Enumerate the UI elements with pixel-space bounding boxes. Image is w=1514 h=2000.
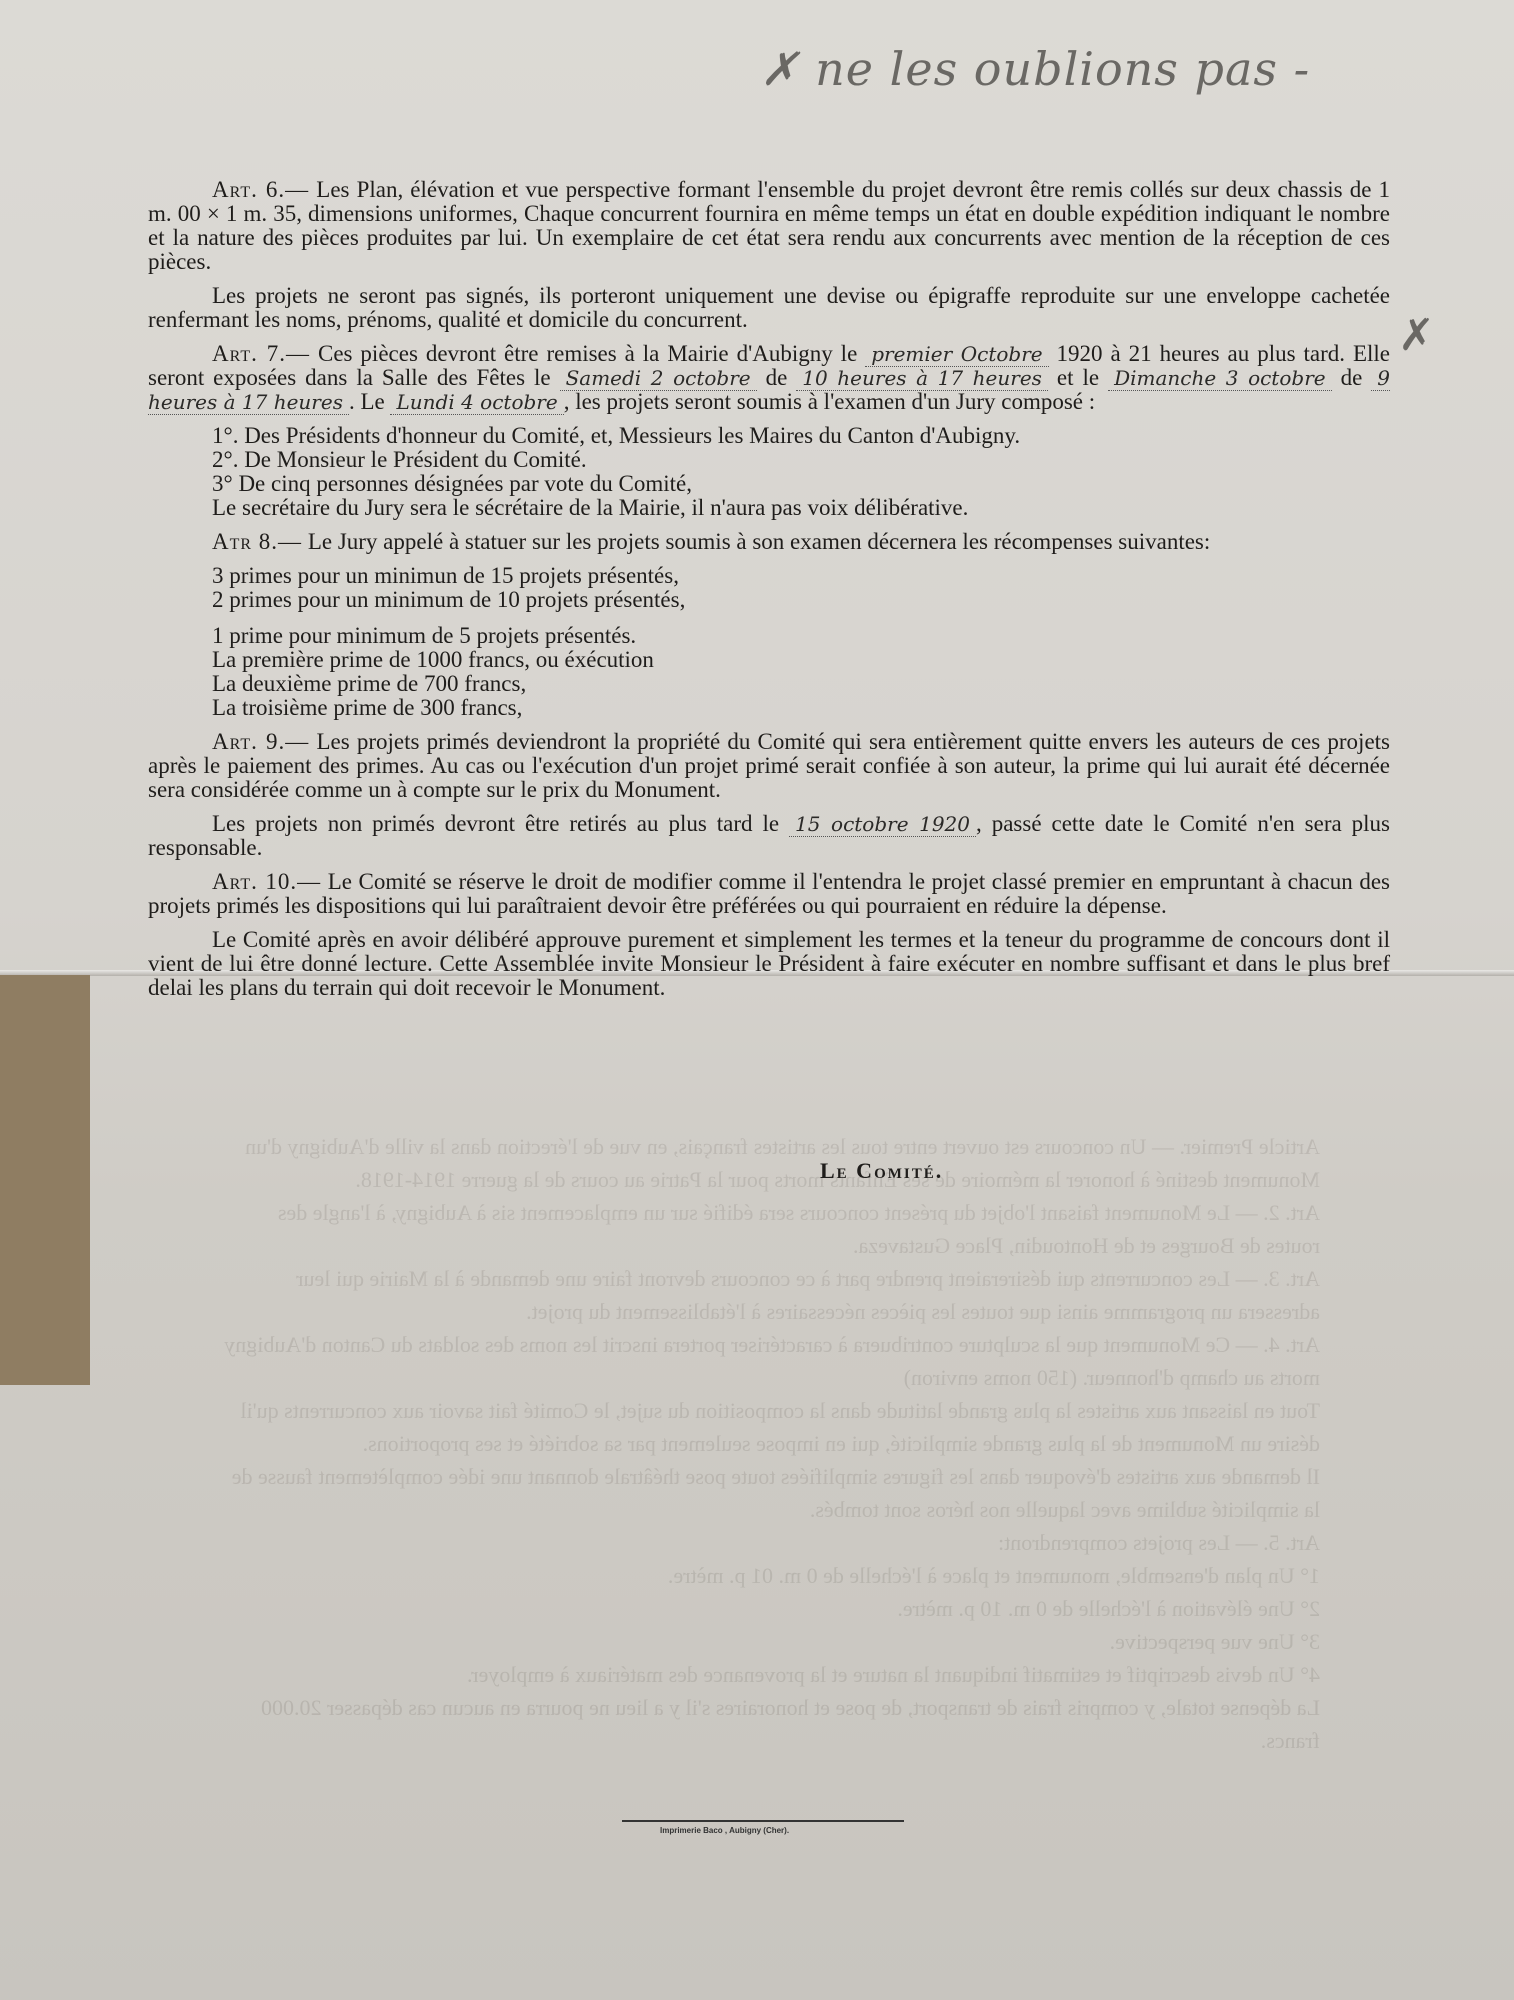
list-item: 2°. De Monsieur le Président du Comité. [212,448,1390,472]
printer-imprint: Imprimerie Baco , Aubigny (Cher). [660,1826,789,1835]
printer-rule [622,1820,904,1822]
article-7: Art. 7.— Ces pièces devront être remises… [148,342,1390,414]
handwritten-date: premier Octobre [865,342,1048,367]
article-label: Art. 6.— [212,177,309,202]
handwritten-date: Dimanche 3 octobre [1108,366,1332,391]
prizes-list: 3 primes pour un minimun de 15 projets p… [212,564,1390,720]
document-page: Article Premier. — Un concours est ouver… [0,0,1514,2000]
list-item: 1°. Des Présidents d'honneur du Comité, … [212,424,1390,448]
article-8: Atr 8.— Le Jury appelé à statuer sur les… [148,530,1390,554]
article-label: Atr 8.— [212,529,302,554]
handwritten-date: 15 octobre 1920 [789,812,976,837]
article-6: Art. 6.— Les Plan, élévation et vue pers… [148,178,1390,274]
list-item: 1 prime pour minimum de 5 projets présen… [212,624,1390,648]
list-item: 3° De cinq personnes désignées par vote … [212,472,1390,496]
article-label: Art. 9.— [212,729,309,754]
article-label: Art. 10.— [212,869,321,894]
handwritten-date: Samedi 2 octobre [560,366,757,391]
article-9: Art. 9.— Les projets primés deviendront … [148,730,1390,802]
list-item: La troisième prime de 300 francs, [212,696,1390,720]
document-body: Art. 6.— Les Plan, élévation et vue pers… [148,178,1390,1010]
handwritten-time: 10 heures à 17 heures [796,366,1048,391]
list-item: La deuxième prime de 700 francs, [212,672,1390,696]
signature: Le Comité. [820,1158,943,1184]
handwritten-date: Lundi 4 octobre [390,390,563,415]
bleed-through-text: Article Premier. — Un concours est ouver… [220,1130,1320,1770]
torn-edge-backing [0,975,90,1385]
article-6-para2: Les projets ne seront pas signés, ils po… [148,284,1390,332]
article-10: Art. 10.— Le Comité se réserve le droit … [148,870,1390,918]
list-item: 2 primes pour un minimum de 10 projets p… [212,588,1390,612]
list-item: 3 primes pour un minimun de 15 projets p… [212,564,1390,588]
handwritten-note: ✗ ne les oublions pas - [760,42,1310,96]
article-9-para2: Les projets non primés devront être reti… [148,812,1390,860]
closing-paragraph: Le Comité après en avoir délibéré approu… [148,928,1390,1000]
list-item: La première prime de 1000 francs, ou éxé… [212,648,1390,672]
article-label: Art. 7.— [212,341,310,366]
cross-mark-icon: ✗ [1398,310,1435,361]
jury-list: 1°. Des Présidents d'honneur du Comité, … [212,424,1390,520]
list-item: Le secrétaire du Jury sera le sécrétaire… [212,496,1390,520]
